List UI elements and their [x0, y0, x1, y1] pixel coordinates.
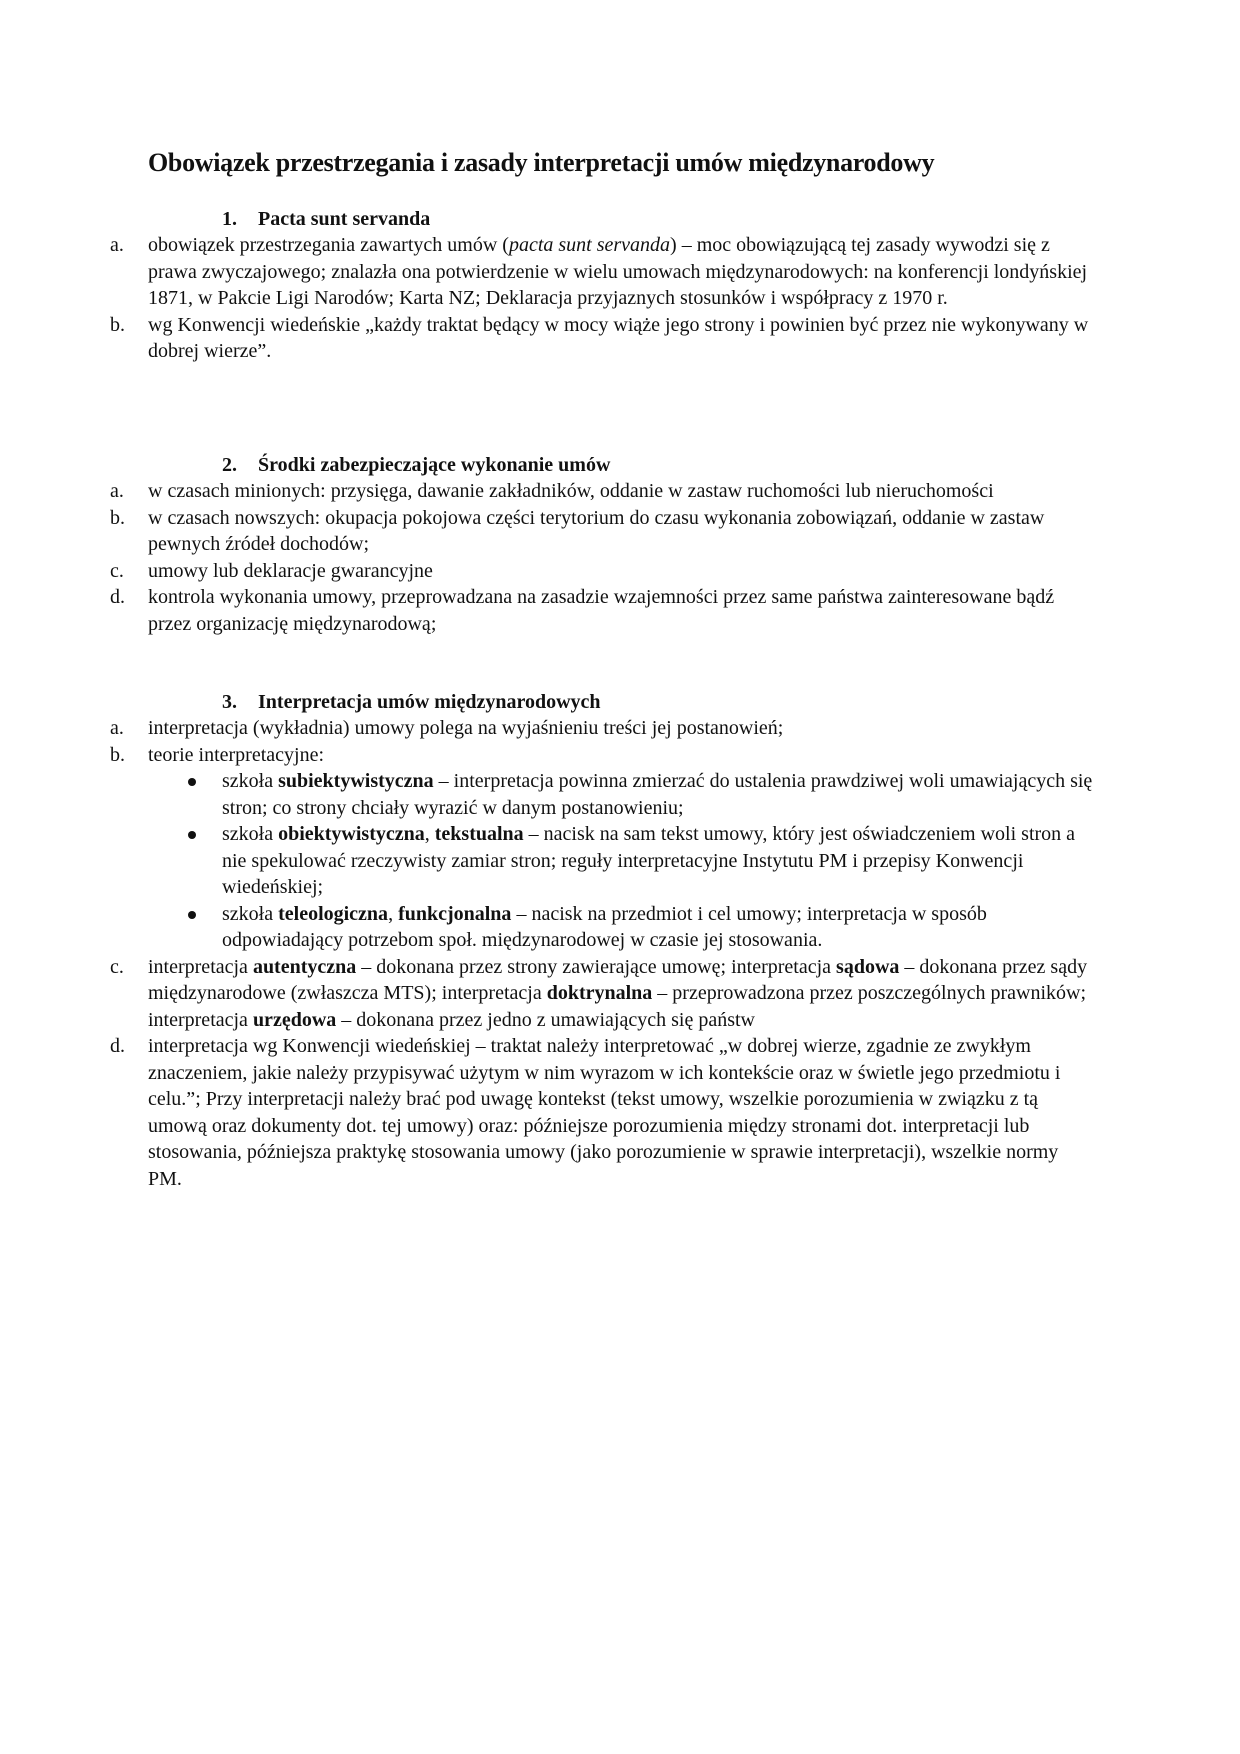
text-run: ,: [425, 823, 435, 845]
section-heading: 1.Pacta sunt servanda: [222, 206, 1094, 232]
emphasized-text: funkcjonalna: [398, 903, 511, 925]
list-marker: d.: [110, 584, 125, 611]
section-title: Pacta sunt servanda: [258, 208, 430, 230]
emphasized-text: autentyczna: [253, 956, 356, 978]
list-item-text: interpretacja (wykładnia) umowy polega n…: [148, 717, 783, 739]
document-title: Obowiązek przestrzegania i zasady interp…: [148, 148, 1148, 178]
list-marker: b.: [110, 312, 125, 339]
text-run: teorie interpretacyjne:: [148, 744, 324, 766]
list-item: b.teorie interpretacyjne:: [104, 742, 1094, 769]
list-marker: d.: [110, 1033, 125, 1060]
text-run: szkoła: [222, 823, 278, 845]
list-item: d.interpretacja wg Konwencji wiedeńskiej…: [104, 1033, 1094, 1192]
text-run: interpretacja (wykładnia) umowy polega n…: [148, 717, 783, 739]
emphasized-text: subiektywistyczna: [278, 770, 434, 792]
section-items: a.interpretacja (wykładnia) umowy polega…: [104, 715, 1094, 1192]
list-item-text: interpretacja autentyczna – dokonana prz…: [148, 956, 1087, 1031]
emphasized-text: urzędowa: [253, 1009, 336, 1031]
list-item-text: wg Konwencji wiedeńskie „każdy traktat b…: [148, 314, 1088, 363]
section-heading: 2.Środki zabezpieczające wykonanie umów: [222, 452, 1094, 478]
list-marker: c.: [110, 954, 124, 981]
list-marker: a.: [110, 478, 124, 505]
text-run: – dokonana przez jedno z umawiających si…: [336, 1009, 755, 1031]
document-page: Obowiązek przestrzegania i zasady interp…: [0, 0, 1240, 1754]
list-item: c.interpretacja autentyczna – dokonana p…: [104, 954, 1094, 1034]
list-item-text: teorie interpretacyjne:: [148, 744, 324, 766]
bullet-icon: [188, 831, 196, 839]
list-item: d.kontrola wykonania umowy, przeprowadza…: [104, 584, 1094, 637]
text-run: wg Konwencji wiedeńskie „każdy traktat b…: [148, 314, 1088, 363]
list-item: a.w czasach minionych: przysięga, dawani…: [104, 478, 1094, 505]
section-items: a.w czasach minionych: przysięga, dawani…: [104, 478, 1094, 637]
bullet-text: szkoła obiektywistyczna, tekstualna – na…: [222, 823, 1075, 898]
section-number: 2.: [222, 452, 258, 478]
emphasized-text: doktrynalna: [547, 982, 653, 1004]
bullet-item: szkoła subiektywistyczna – interpretacja…: [148, 768, 1094, 821]
text-run: ,: [388, 903, 398, 925]
list-item-text: interpretacja wg Konwencji wiedeńskiej –…: [148, 1035, 1060, 1190]
emphasized-text: teleologiczna: [278, 903, 388, 925]
text-run: obowiązek przestrzegania zawartych umów …: [148, 234, 509, 256]
bullet-list: szkoła subiektywistyczna – interpretacja…: [104, 768, 1094, 954]
bullet-icon: [188, 778, 196, 786]
bullet-icon: [188, 911, 196, 919]
section-interpretacja-umow: 3.Interpretacja umów międzynarodowych a.…: [104, 689, 1094, 1192]
emphasized-text: pacta sunt servanda: [509, 234, 670, 256]
list-marker: b.: [110, 505, 125, 532]
list-marker: c.: [110, 558, 124, 585]
list-marker: a.: [110, 232, 124, 259]
section-srodki-zabezpieczajace: 2.Środki zabezpieczające wykonanie umów …: [104, 452, 1094, 637]
text-run: interpretacja: [148, 956, 253, 978]
list-item: a.obowiązek przestrzegania zawartych umó…: [104, 232, 1094, 312]
list-marker: a.: [110, 715, 124, 742]
list-item-text: obowiązek przestrzegania zawartych umów …: [148, 234, 1087, 309]
list-item-text: w czasach nowszych: okupacja pokojowa cz…: [148, 507, 1044, 556]
section-number: 1.: [222, 206, 258, 232]
emphasized-text: tekstualna: [435, 823, 524, 845]
bullet-item: szkoła teleologiczna, funkcjonalna – nac…: [148, 901, 1094, 954]
text-run: szkoła: [222, 770, 278, 792]
list-item: b.wg Konwencji wiedeńskie „każdy traktat…: [104, 312, 1094, 365]
section-number: 3.: [222, 689, 258, 715]
bullet-item: szkoła obiektywistyczna, tekstualna – na…: [148, 821, 1094, 901]
list-marker: b.: [110, 742, 125, 769]
text-run: interpretacja wg Konwencji wiedeńskiej –…: [148, 1035, 1060, 1190]
text-run: w czasach minionych: przysięga, dawanie …: [148, 480, 994, 502]
bullet-text: szkoła teleologiczna, funkcjonalna – nac…: [222, 903, 987, 952]
text-run: – dokonana przez strony zawierające umow…: [356, 956, 836, 978]
bullet-text: szkoła subiektywistyczna – interpretacja…: [222, 770, 1092, 819]
list-item: a.interpretacja (wykładnia) umowy polega…: [104, 715, 1094, 742]
section-pacta-sunt-servanda: 1.Pacta sunt servanda a.obowiązek przest…: [104, 206, 1094, 365]
list-item-text: w czasach minionych: przysięga, dawanie …: [148, 480, 994, 502]
list-item: b.w czasach nowszych: okupacja pokojowa …: [104, 505, 1094, 558]
emphasized-text: sądowa: [836, 956, 899, 978]
text-run: umowy lub deklaracje gwarancyjne: [148, 560, 433, 582]
emphasized-text: obiektywistyczna: [278, 823, 425, 845]
list-item-text: kontrola wykonania umowy, przeprowadzana…: [148, 586, 1054, 635]
text-run: w czasach nowszych: okupacja pokojowa cz…: [148, 507, 1044, 556]
section-title: Interpretacja umów międzynarodowych: [258, 691, 601, 713]
list-item-text: umowy lub deklaracje gwarancyjne: [148, 560, 433, 582]
section-items: a.obowiązek przestrzegania zawartych umó…: [104, 232, 1094, 365]
text-run: szkoła: [222, 903, 278, 925]
text-run: kontrola wykonania umowy, przeprowadzana…: [148, 586, 1054, 635]
section-heading: 3.Interpretacja umów międzynarodowych: [222, 689, 1094, 715]
section-title: Środki zabezpieczające wykonanie umów: [258, 454, 610, 476]
list-item: c.umowy lub deklaracje gwarancyjne: [104, 558, 1094, 585]
